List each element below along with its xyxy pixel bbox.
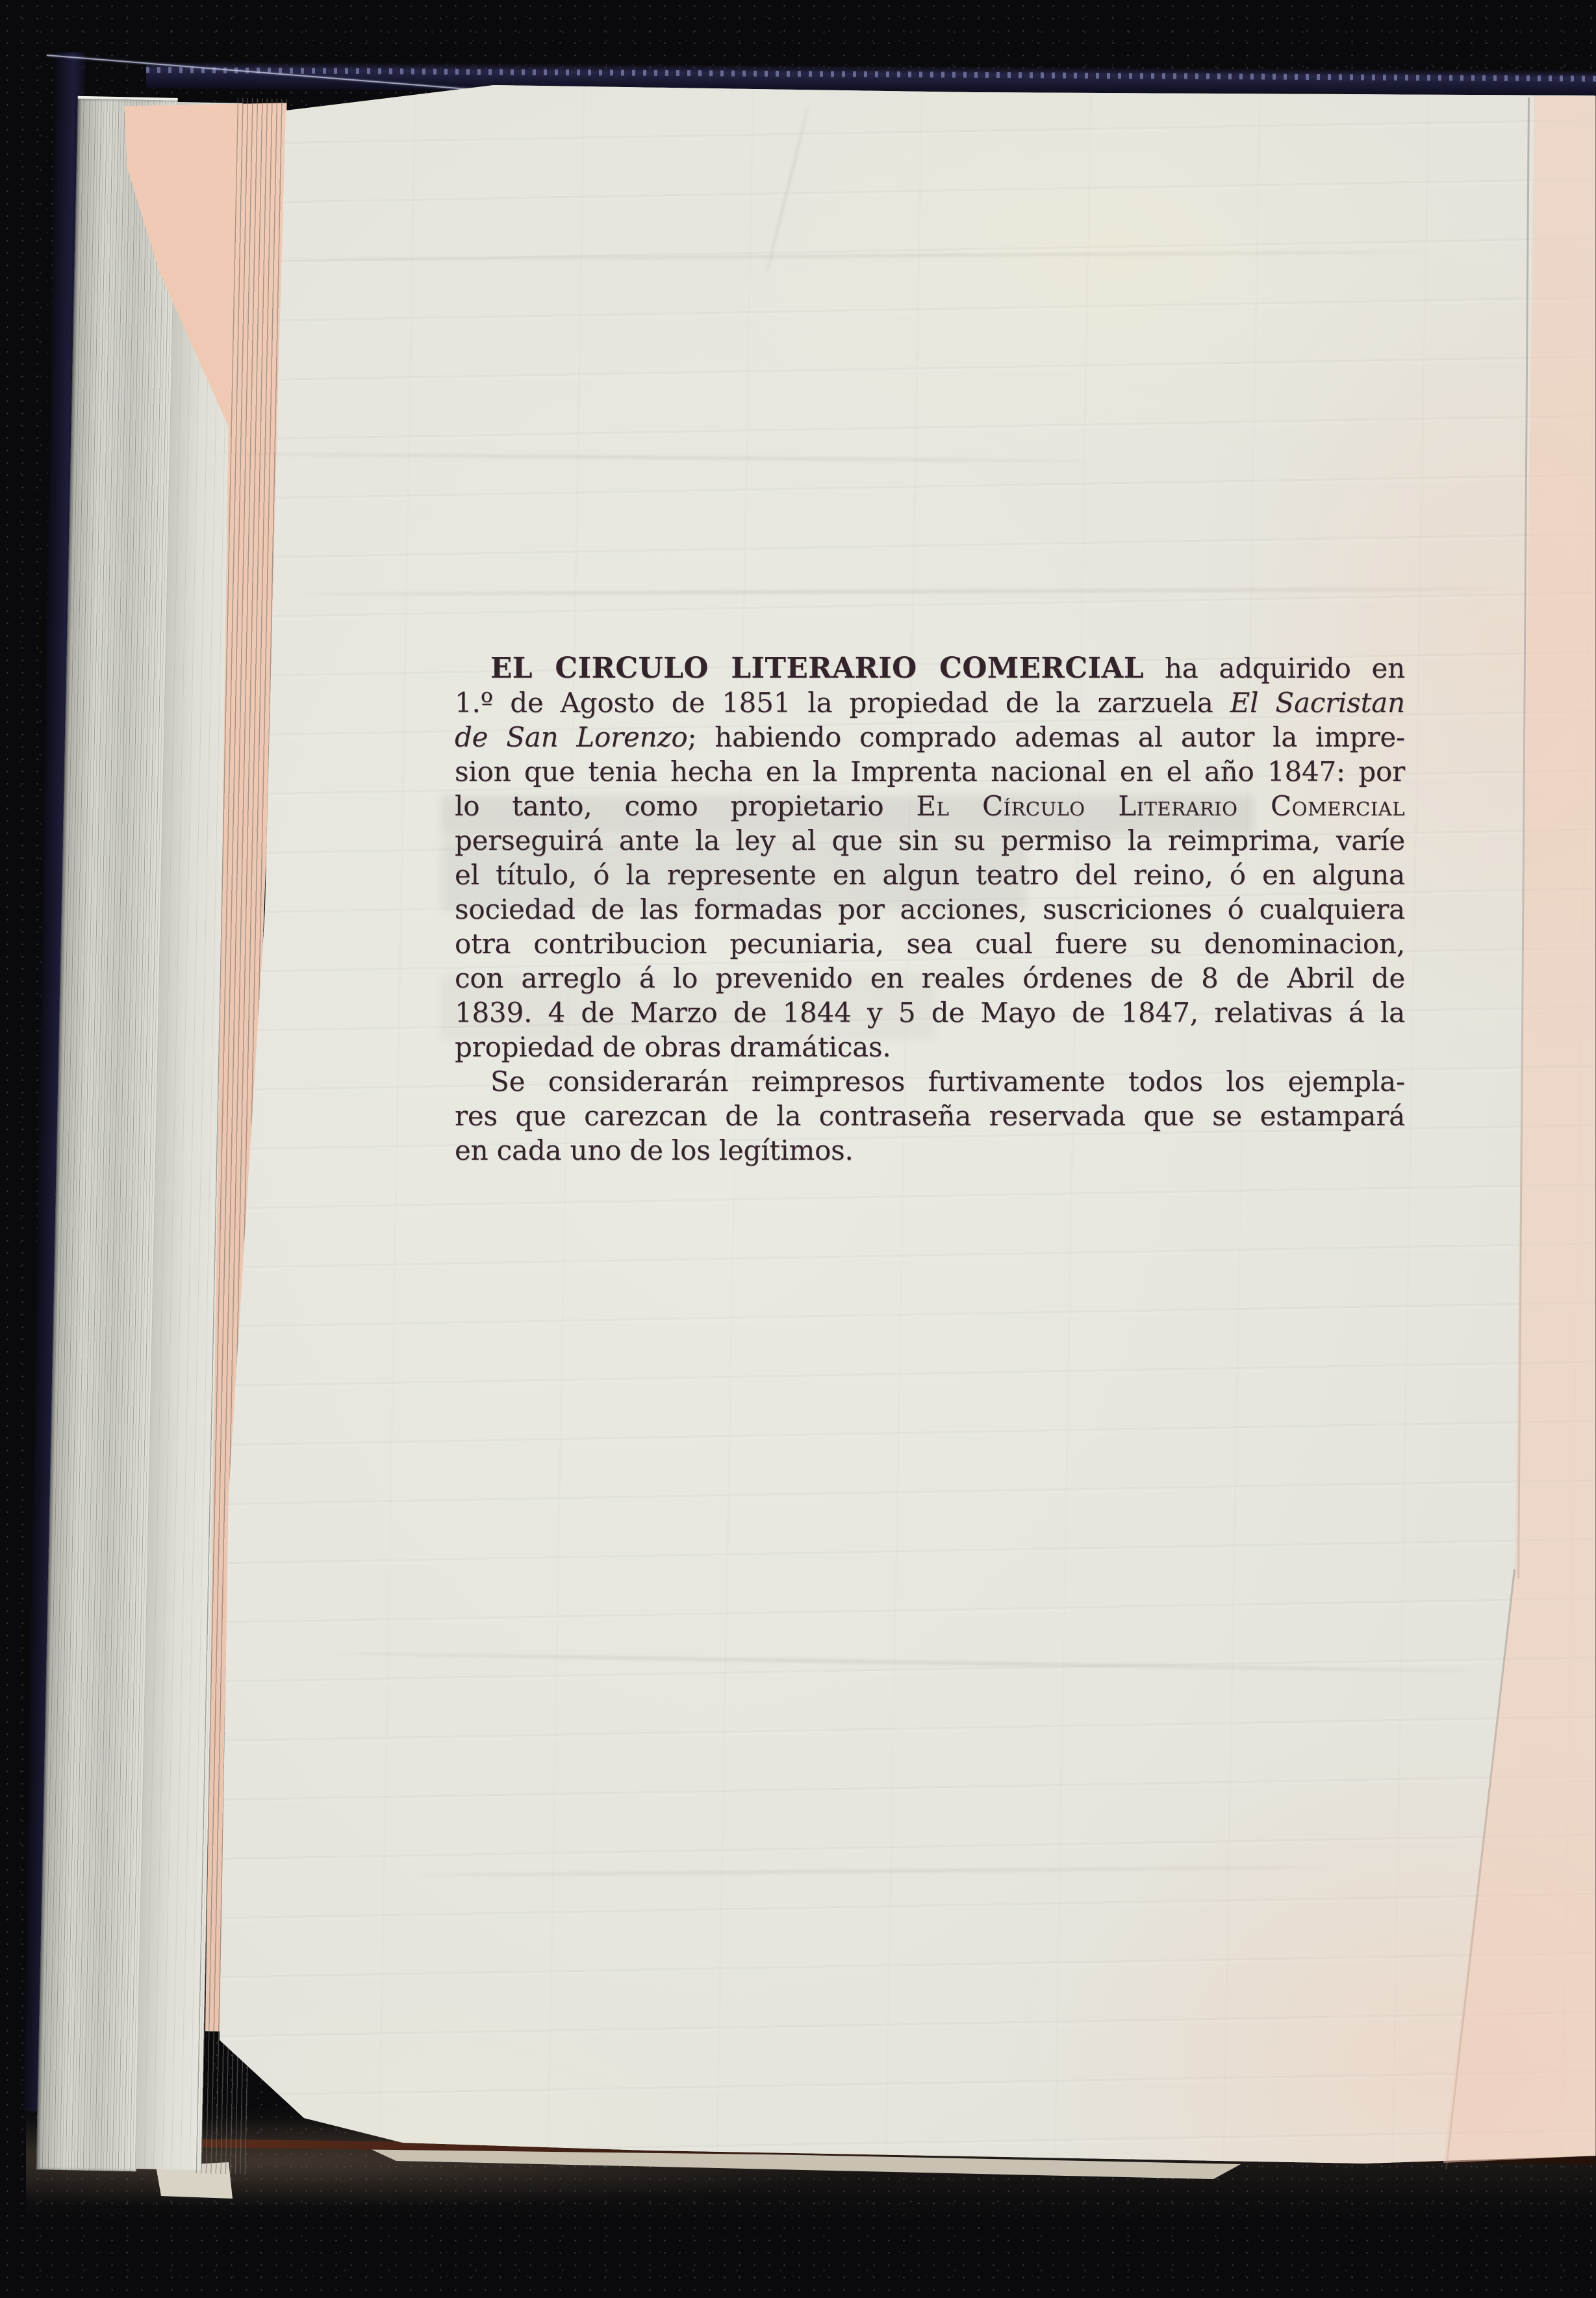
text-segment: 1.º de Agosto de 1851 la propiedad de la… <box>455 687 1230 719</box>
text-segment: lo tanto, como propietario <box>455 790 916 822</box>
text-segment: de San Lorenzo <box>455 721 687 753</box>
text-line: sion que tenia hecha en la Imprenta naci… <box>455 754 1405 789</box>
text-segment: EL CIRCULO LITERARIO COMERCIAL <box>490 652 1144 685</box>
text-line: EL CIRCULO LITERARIO COMERCIAL ha adquir… <box>455 651 1405 685</box>
text-line: sociedad de las formadas por acciones, s… <box>455 892 1405 926</box>
text-segment: res que carezcan de la contraseña reserv… <box>455 1100 1405 1132</box>
text-line: lo tanto, como propietario El Círculo Li… <box>455 789 1405 823</box>
text-segment: Se considerarán reimpresos furtivamente … <box>490 1066 1405 1097</box>
text-segment: con arreglo á lo prevenido en reales órd… <box>455 962 1405 994</box>
text-segment: otra contribucion pecuniaria, sea cual f… <box>455 928 1405 960</box>
text-line: el título, ó la represente en algun teat… <box>455 858 1405 892</box>
text-line: propiedad de obras dramáticas. <box>455 1030 1405 1064</box>
text-line: de San Lorenzo; habiendo comprado ademas… <box>455 720 1405 754</box>
text-line: res que carezcan de la contraseña reserv… <box>455 1099 1405 1133</box>
text-segment: sion que tenia hecha en la Imprenta naci… <box>455 756 1405 787</box>
text-line: perseguirá ante la ley al que sin su per… <box>455 823 1405 858</box>
text-line: con arreglo á lo prevenido en reales órd… <box>455 961 1405 995</box>
text-line: otra contribucion pecuniaria, sea cual f… <box>455 926 1405 961</box>
text-segment: propiedad de obras dramáticas. <box>455 1031 891 1063</box>
text-segment: ; habiendo comprado ademas al autor la i… <box>687 721 1405 753</box>
text-segment: 1839. 4 de Marzo de 1844 y 5 de Mayo de … <box>455 997 1405 1028</box>
text-line: 1839. 4 de Marzo de 1844 y 5 de Mayo de … <box>455 995 1405 1030</box>
book-page-scan: EL CIRCULO LITERARIO COMERCIAL ha adquir… <box>0 0 1596 2298</box>
text-segment: perseguirá ante la ley al que sin su per… <box>455 824 1405 856</box>
copyright-notice-text: EL CIRCULO LITERARIO COMERCIAL ha adquir… <box>455 651 1405 1168</box>
text-segment: sociedad de las formadas por acciones, s… <box>455 893 1405 925</box>
text-segment: en cada uno de los legítimos. <box>455 1134 854 1166</box>
text-line: 1.º de Agosto de 1851 la propiedad de la… <box>455 685 1405 720</box>
text-segment: El Sacristan <box>1230 687 1405 719</box>
text-segment: ha adquirido en <box>1144 652 1405 684</box>
text-line: Se considerarán reimpresos furtivamente … <box>455 1064 1405 1099</box>
text-segment: El Círculo Literario Comercial <box>916 790 1405 822</box>
text-line: en cada uno de los legítimos. <box>455 1133 1405 1168</box>
text-segment: el título, ó la represente en algun teat… <box>455 859 1405 891</box>
